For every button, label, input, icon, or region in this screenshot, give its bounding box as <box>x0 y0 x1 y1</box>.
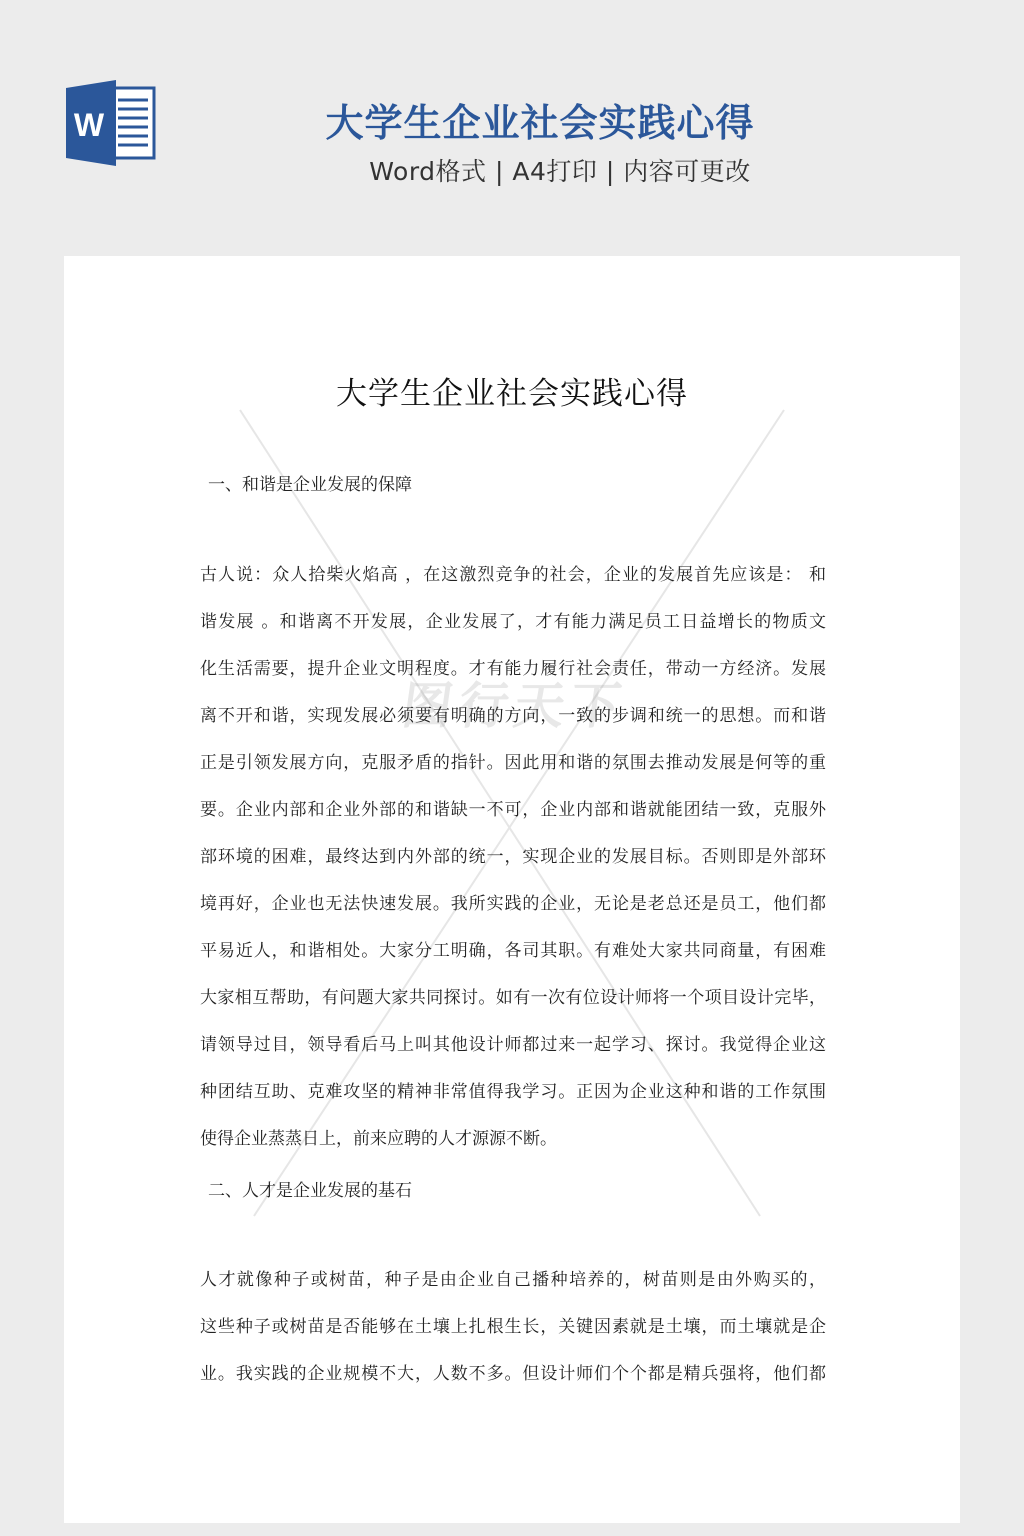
text-line: 使得企业蒸蒸日上，前来应聘的人才源源不断。 <box>200 1128 826 1175</box>
text-line: 业。我实践的企业规模不大，人数不多。但设计师们个个都是精兵强将，他们都 <box>200 1363 826 1410</box>
text-line: 正是引领发展方向，克服矛盾的指针。因此用和谐的氛围去推动发展是何等的重 <box>200 752 826 799</box>
text-line: 大家相互帮助，有问题大家共同探讨。如有一次有位设计师将一个项目设计完毕， <box>200 987 826 1034</box>
text-line: 离不开和谐，实现发展必须要有明确的方向，一致的步调和统一的思想。而和谐 <box>200 705 826 752</box>
header-title: 大学生企业社会实践心得 <box>300 92 780 147</box>
document-title: 大学生企业社会实践心得 <box>64 368 960 413</box>
section-heading-1: 一、和谐是企业发展的保障 <box>208 470 412 495</box>
text-line: 要。企业内部和企业外部的和谐缺一不可，企业内部和谐就能团结一致，克服外 <box>200 799 826 846</box>
text-line: 这些种子或树苗是否能够在土壤上扎根生长，关键因素就是土壤，而土壤就是企 <box>200 1316 826 1363</box>
header-subtitle: Word格式 | A4打印 | 内容可更改 <box>300 152 820 188</box>
section-heading-2: 二、人才是企业发展的基石 <box>208 1176 412 1201</box>
text-line: 化生活需要，提升企业文明程度。才有能力履行社会责任，带动一方经济。发展 <box>200 658 826 705</box>
text-line: 平易近人，和谐相处。大家分工明确，各司其职。有难处大家共同商量，有困难 <box>200 940 826 987</box>
svg-text:W: W <box>74 107 105 143</box>
paragraph-2: 人才就像种子或树苗，种子是由企业自己播种培养的，树苗则是由外购买的， 这些种子或… <box>200 1269 826 1410</box>
text-line: 境再好，企业也无法快速发展。我所实践的企业，无论是老总还是员工，他们都 <box>200 893 826 940</box>
text-line: 古人说：众人拾柴火焰高 ，在这激烈竞争的社会，企业的发展首先应该是： 和 <box>200 564 826 611</box>
word-document-icon: W <box>64 80 158 166</box>
text-line: 部环境的困难，最终达到内外部的统一，实现企业的发展目标。否则即是外部环 <box>200 846 826 893</box>
text-line: 谐发展 。和谐离不开发展，企业发展了，才有能力满足员工日益增长的物质文 <box>200 611 826 658</box>
text-line: 人才就像种子或树苗，种子是由企业自己播种培养的，树苗则是由外购买的， <box>200 1269 826 1316</box>
text-line: 请领导过目，领导看后马上叫其他设计师都过来一起学习、探讨。我觉得企业这 <box>200 1034 826 1081</box>
header-banner: W 大学生企业社会实践心得 Word格式 | A4打印 | 内容可更改 <box>0 0 1024 256</box>
document-page: 图行天下 大学生企业社会实践心得 一、和谐是企业发展的保障 古人说：众人拾柴火焰… <box>64 256 960 1523</box>
text-line: 种团结互助、克难攻坚的精神非常值得我学习。正因为企业这种和谐的工作氛围 <box>200 1081 826 1128</box>
paragraph-1: 古人说：众人拾柴火焰高 ，在这激烈竞争的社会，企业的发展首先应该是： 和 谐发展… <box>200 564 826 1175</box>
